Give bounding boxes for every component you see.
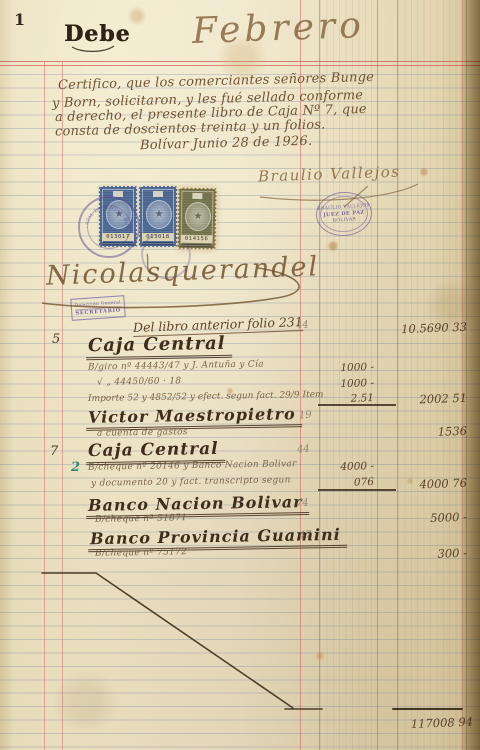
stamp-value-tablet [192,193,202,199]
entry-detail: √ „ 44450/60 · 18 [97,376,182,387]
money-column-line-3 [397,0,398,750]
entry-detail: B/cheque nº 51871 [95,513,187,525]
entry-folio-pencil: 74 [296,498,309,510]
carry-folio-pencil: 44 [296,320,309,332]
entry-amount-col2: 2002 51 [397,391,467,407]
money-column-line-2 [377,0,378,750]
stamp-value-tablet [153,191,163,197]
entry-amount-col2: 5000 - [397,510,467,526]
entry-title: Caja Central [86,333,232,361]
debit-header: Debe [64,21,130,47]
ledger-page: 1 Debe Febrero Certifico, que los comerc… [0,0,480,750]
coat-of-arms-icon: ★ [146,200,172,229]
rectangular-office-seal: Dirección General SECRETARIO [70,295,125,321]
entry-folio-pencil: 44 [297,444,310,456]
entry-title: Victor Maestropietro [86,404,302,431]
entry-amount-col1: 076 [316,476,374,490]
page-edge-shadow [461,0,480,750]
entry-folio-pencil: 19 [299,410,312,422]
postmark-inner-ring [87,205,131,249]
margin-line-2 [62,62,63,750]
subtotal-rule [318,404,396,406]
auditor-check-mark: 2 [71,460,80,475]
entry-folio-pencil: 47 [299,530,312,542]
entry-amount-col1: 1000 - [316,377,374,391]
seal-inner-ring [319,194,369,233]
circular-postmark [78,196,140,258]
entry-day: 7 [50,444,58,459]
entry-amount-col1: 1000 - [316,361,374,375]
money-subgrid-2 [398,0,462,750]
margin-line-1 [44,62,45,750]
entry-amount-col2: 300 - [397,546,467,562]
month-header: Febrero [191,5,365,52]
entry-amount-col1: 4000 - [316,460,374,474]
entry-day: 5 [52,332,60,347]
folio-page-number: 1 [14,10,25,29]
page-edge-crease [466,0,467,750]
entry-detail: B/cheque nº 75172 [95,547,187,559]
entry-detail: a cuenta de gastos [97,427,188,439]
carry-amount: 10.5690 33 [397,320,467,336]
entry-amount-col2: 1536 [397,424,467,440]
header-rule [0,61,480,66]
entry-amount-col2: 4000 76 [397,476,467,492]
subtotal-rule [318,489,396,491]
